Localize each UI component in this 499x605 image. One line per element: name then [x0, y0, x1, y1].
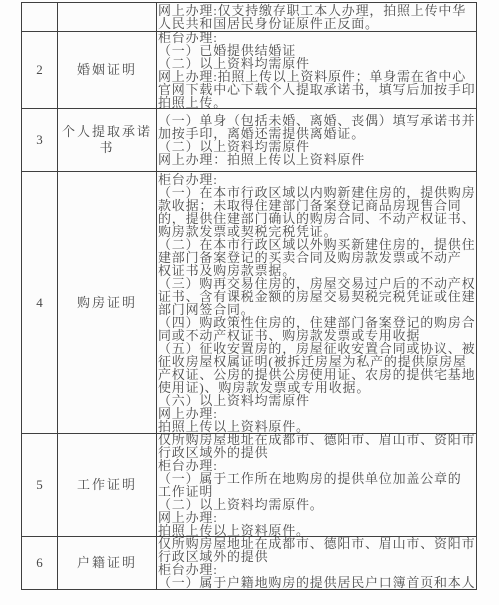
row-label-cell: 个人提取承诺书 [57, 109, 156, 171]
row-number-cell: 4 [22, 172, 57, 433]
row-number-cell: 3 [22, 109, 57, 171]
row-number-cell: 6 [22, 537, 57, 589]
table-row: 6 户籍证明 仅所购房屋地址在成都市、德阳市、眉山市、资阳市 行政区域外的提供 … [22, 536, 476, 589]
requirements-table: 网上办理:仅支持缴存职工本人办理，拍照上传中华 人民共和国居民身份证原件正反面。… [21, 2, 477, 590]
table-row: 5 工作证明 仅所购房屋地址在成都市、德阳市、眉山市、资阳市 行政区域外的提供 … [22, 433, 476, 536]
row-number-cell: 2 [22, 32, 57, 108]
row-label-cell: 购房证明 [57, 172, 156, 433]
table-row: 4 购房证明 柜台办理: （一）在本市行政区域以内购新建住房的，提供购房 款收据… [22, 171, 476, 433]
document-page: 网上办理:仅支持缴存职工本人办理，拍照上传中华 人民共和国居民身份证原件正反面。… [0, 0, 499, 605]
row-label-cell: 婚姻证明 [57, 32, 156, 108]
row-content-cell: 仅所购房屋地址在成都市、德阳市、眉山市、资阳市 行政区域外的提供 柜台办理: （… [156, 434, 476, 536]
row-number-cell [22, 3, 57, 31]
row-content-cell: 柜台办理: （一）在本市行政区域以内购新建住房的，提供购房 款收据；未取得住建部… [156, 172, 476, 433]
table-row: 网上办理:仅支持缴存职工本人办理，拍照上传中华 人民共和国居民身份证原件正反面。 [22, 3, 476, 31]
row-number-cell: 5 [22, 434, 57, 536]
row-content-cell: 柜台办理: （一）已婚提供结婚证 （二）以上资料均需原件 网上办理:拍照上传以上… [156, 32, 476, 108]
row-content-cell: 仅所购房屋地址在成都市、德阳市、眉山市、资阳市 行政区域外的提供 柜台办理: （… [156, 537, 476, 589]
row-label-cell [57, 3, 156, 31]
table-row: 3 个人提取承诺书 （一）单身（包括未婚、离婚、丧偶）填写承诺书并 加按手印，离… [22, 108, 476, 171]
table-row: 2 婚姻证明 柜台办理: （一）已婚提供结婚证 （二）以上资料均需原件 网上办理… [22, 31, 476, 108]
row-content-cell: （一）单身（包括未婚、离婚、丧偶）填写承诺书并 加按手印，离婚还需提供离婚证。 … [156, 109, 476, 171]
row-content-cell: 网上办理:仅支持缴存职工本人办理，拍照上传中华 人民共和国居民身份证原件正反面。 [156, 3, 476, 31]
row-label-cell: 户籍证明 [57, 537, 156, 589]
row-label-cell: 工作证明 [57, 434, 156, 536]
